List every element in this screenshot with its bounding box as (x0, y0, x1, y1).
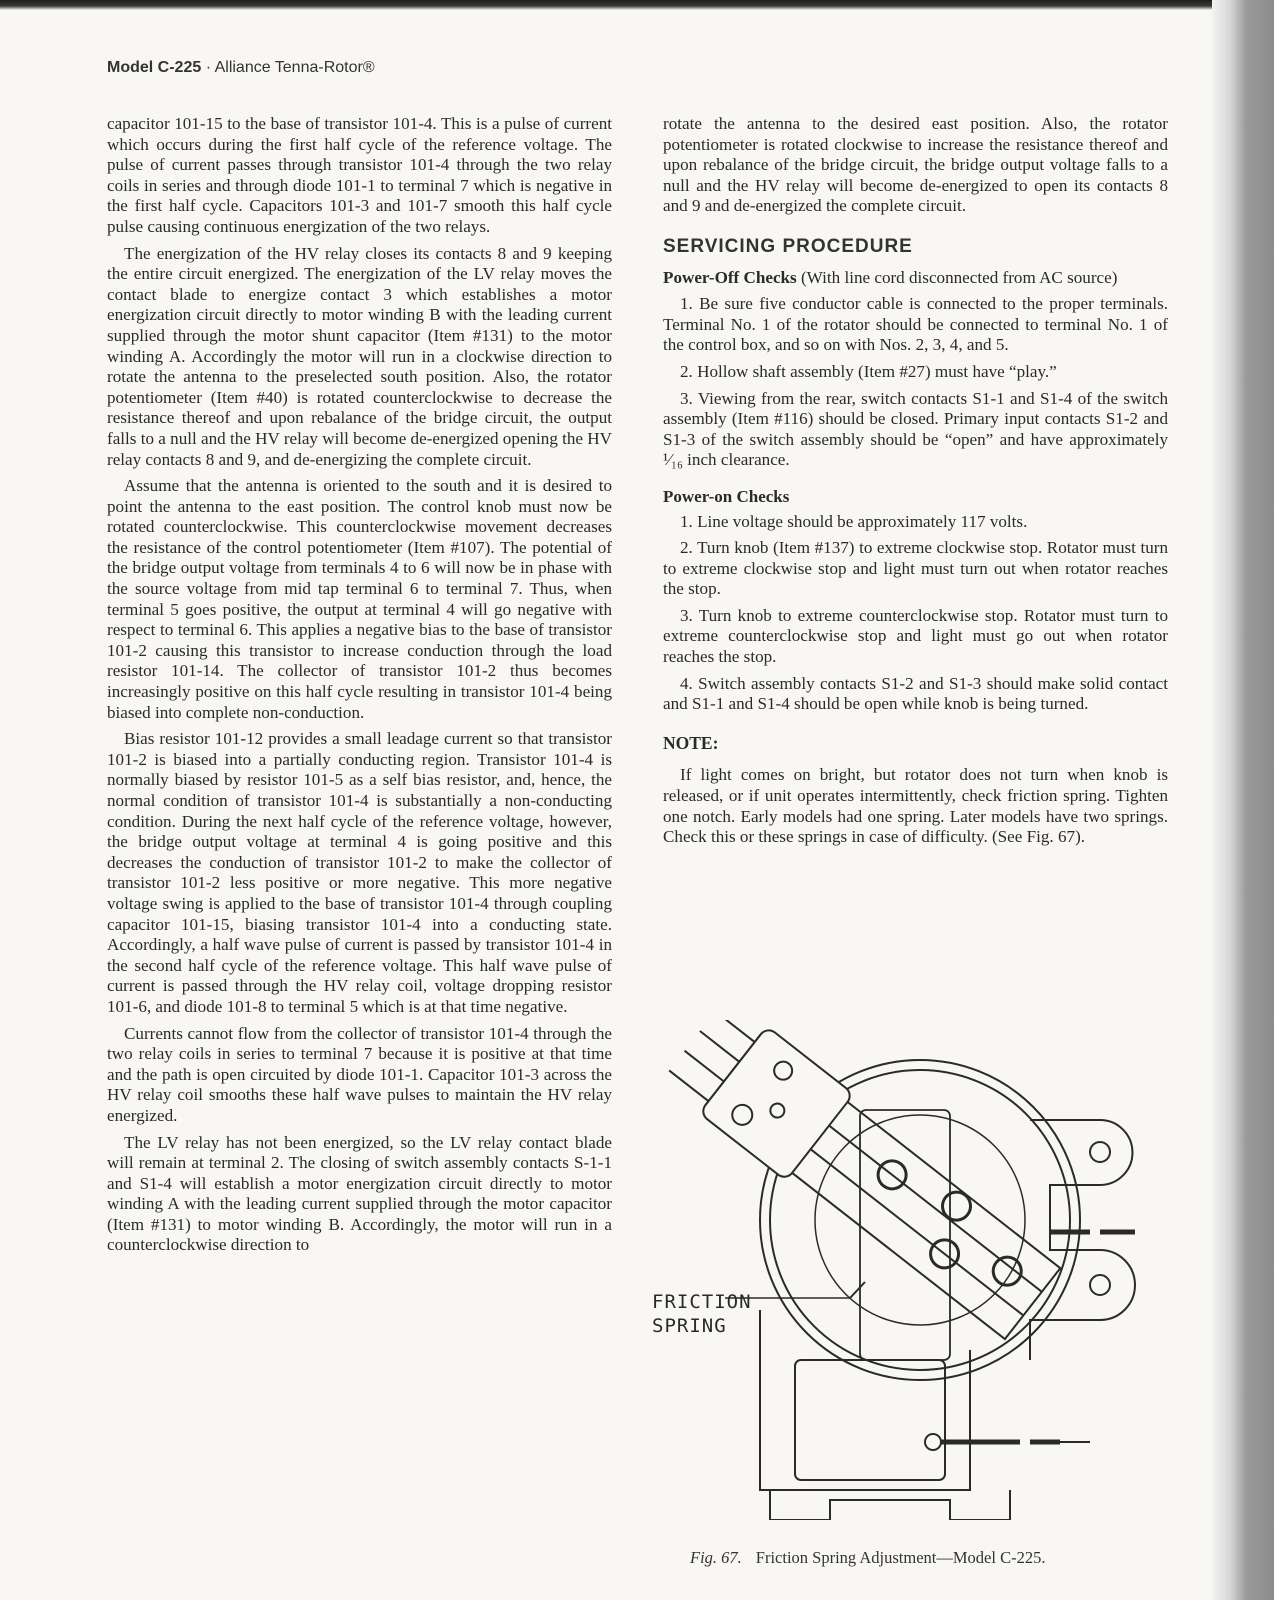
paragraph: The energization of the HV relay closes … (107, 244, 612, 471)
power-off-title: Power-Off Checks (663, 268, 797, 287)
figure-number: Fig. 67. (690, 1548, 742, 1567)
friction-spring-label-line2: SPRING (652, 1314, 752, 1338)
paragraph: Currents cannot flow from the collector … (107, 1024, 612, 1127)
friction-spring-label-line1: FRICTION (652, 1290, 752, 1314)
list-item: 1. Be sure five conductor cable is conne… (663, 294, 1168, 356)
running-head-separator: · (201, 59, 214, 76)
running-head-product: Alliance Tenna-Rotor® (215, 59, 375, 76)
section-title: SERVICING PROCEDURE (663, 237, 1168, 258)
list-item: 3. Turn knob to extreme counterclockwise… (663, 606, 1168, 668)
paragraph: capacitor 101-15 to the base of transist… (107, 114, 612, 238)
list-item: 1. Line voltage should be approximately … (663, 512, 1168, 533)
power-on-title: Power-on Checks (663, 487, 1168, 508)
rotator-diagram-icon (650, 1020, 1170, 1520)
note-text: If light comes on bright, but rotator do… (663, 765, 1168, 847)
running-head-model: Model C-225 (107, 59, 201, 76)
figure-caption-text: Friction Spring Adjustment—Model C-225. (756, 1548, 1046, 1567)
power-off-heading: Power-Off Checks (With line cord disconn… (663, 268, 1168, 289)
friction-spring-figure (650, 1020, 1170, 1520)
friction-spring-label: FRICTION SPRING (652, 1290, 752, 1338)
list-item: 2. Hollow shaft assembly (Item #27) must… (663, 362, 1168, 383)
list-item: 3. Viewing from the rear, switch contact… (663, 389, 1168, 471)
scan-right-edge (1212, 0, 1274, 1600)
document-page: Model C-225 · Alliance Tenna-Rotor® capa… (0, 0, 1220, 1600)
running-head: Model C-225 · Alliance Tenna-Rotor® (107, 59, 375, 77)
list-item: 2. Turn knob (Item #137) to extreme cloc… (663, 538, 1168, 600)
list-item: 4. Switch assembly contacts S1-2 and S1-… (663, 674, 1168, 715)
power-off-subtitle: (With line cord disconnected from AC sou… (797, 268, 1118, 287)
paragraph: The LV relay has not been energized, so … (107, 1133, 612, 1257)
figure-caption: Fig. 67.Friction Spring Adjustment—Model… (690, 1548, 1045, 1568)
paragraph: Assume that the antenna is oriented to t… (107, 476, 612, 723)
scan-top-edge (0, 0, 1274, 10)
paragraph: Bias resistor 101-12 provides a small le… (107, 729, 612, 1017)
left-column: capacitor 101-15 to the base of transist… (107, 114, 612, 1262)
note-title: NOTE: (663, 733, 1168, 754)
paragraph: rotate the antenna to the desired east p… (663, 114, 1168, 217)
right-column: rotate the antenna to the desired east p… (663, 114, 1168, 854)
